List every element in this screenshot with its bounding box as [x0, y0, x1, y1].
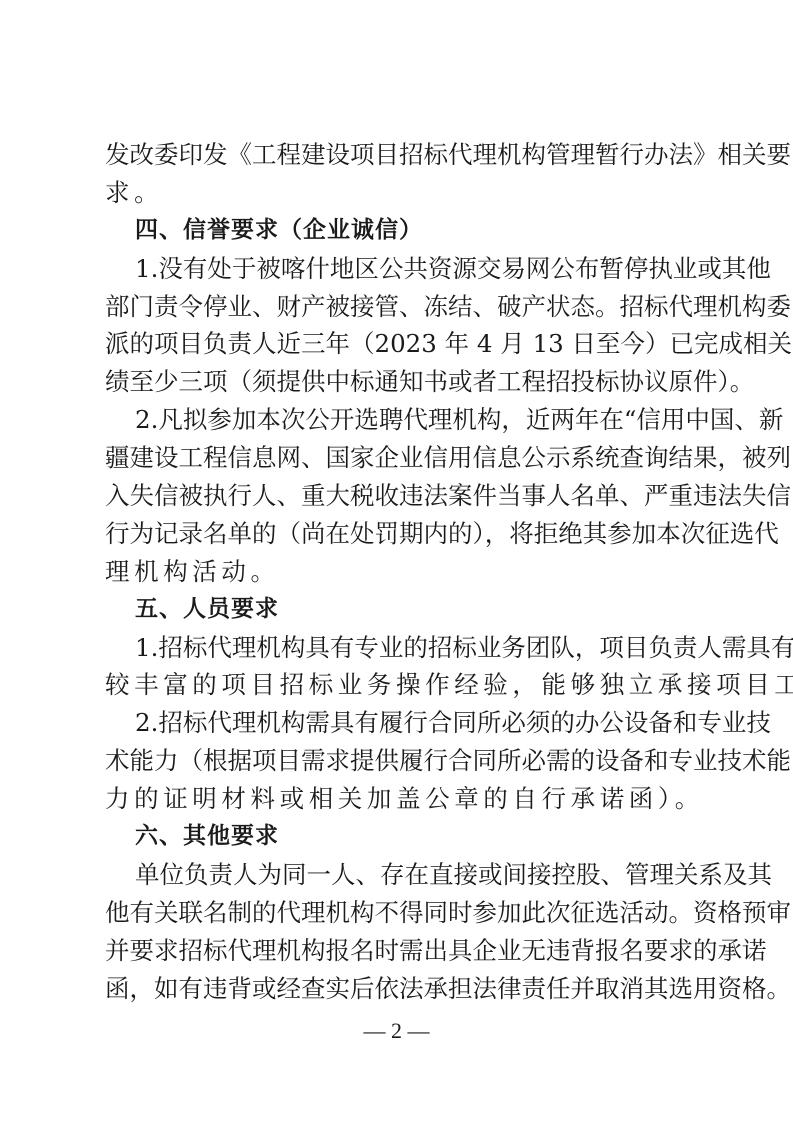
paragraph-line: 1.没有处于被喀什地区公共资源交易网公布暂停执业或其他 — [105, 250, 693, 288]
paragraph-line: 他有关联名制的代理机构不得同时参加此次征选活动。资格预审 — [105, 894, 693, 932]
paragraph-line: 术能力（根据项目需求提供履行合同所必需的设备和专业技术能 — [105, 742, 693, 780]
section-heading-credit: 四、信誉要求（企业诚信） — [105, 212, 693, 250]
paragraph-line: 较丰富的项目招标业务操作经验，能够独立承接项目工作。 — [105, 666, 693, 704]
page-number: — 2 — — [0, 1018, 793, 1044]
paragraph-line: 派的项目负责人近三年（2023 年 4 月 13 日至今）已完成相关业 — [105, 325, 693, 363]
paragraph-line: 力的证明材料或相关加盖公章的自行承诺函）。 — [105, 780, 693, 818]
paragraph-line: 单位负责人为同一人、存在直接或间接控股、管理关系及其 — [105, 856, 693, 894]
paragraph-line: 部门责令停业、财产被接管、冻结、破产状态。招标代理机构委 — [105, 288, 693, 326]
paragraph-line: 行为记录名单的（尚在处罚期内的），将拒绝其参加本次征选代 — [105, 515, 693, 553]
paragraph-line: 函，如有违背或经查实后依法承担法律责任并取消其选用资格。 — [105, 970, 693, 1008]
paragraph-line: 2.招标代理机构需具有履行合同所必须的办公设备和专业技 — [105, 704, 693, 742]
paragraph-line: 2.凡拟参加本次公开选聘代理机构，近两年在“信用中国、新 — [105, 401, 693, 439]
paragraph-line: 入失信被执行人、重大税收违法案件当事人名单、严重违法失信 — [105, 477, 693, 515]
paragraph-line: 理机构活动。 — [105, 553, 693, 591]
paragraph-line: 疆建设工程信息网、国家企业信用信息公示系统查询结果，被列 — [105, 439, 693, 477]
paragraph-line: 1.招标代理机构具有专业的招标业务团队，项目负责人需具有 — [105, 629, 693, 667]
section-heading-personnel: 五、人员要求 — [105, 591, 693, 629]
paragraph-line: 绩至少三项（须提供中标通知书或者工程招投标协议原件）。 — [105, 363, 693, 401]
paragraph-line: 求。 — [105, 174, 693, 212]
paragraph-line: 发改委印发《工程建设项目招标代理机构管理暂行办法》相关要 — [105, 136, 693, 174]
document-page: 发改委印发《工程建设项目招标代理机构管理暂行办法》相关要 求。 四、信誉要求（企… — [105, 136, 693, 1007]
paragraph-line: 并要求招标代理机构报名时需出具企业无违背报名要求的承诺 — [105, 932, 693, 970]
section-heading-other: 六、其他要求 — [105, 818, 693, 856]
